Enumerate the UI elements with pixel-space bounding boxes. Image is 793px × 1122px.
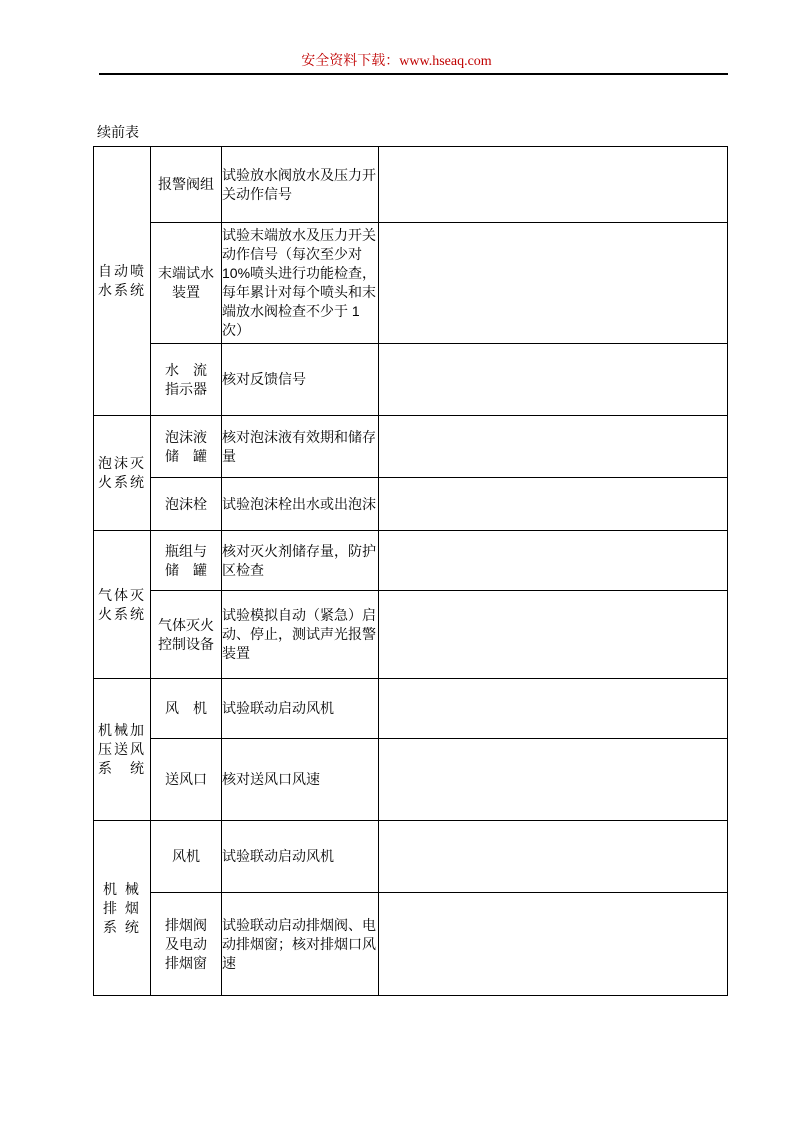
- component-cell: 报警阀组: [151, 147, 222, 223]
- inspection-table: 自动喷 水系统 报警阀组 试验放水阀放水及压力开关动作信号 末端试水 装置 试验…: [93, 146, 728, 996]
- system-cell: 机械加 压送风 系 统: [94, 679, 151, 821]
- result-cell: [379, 591, 728, 679]
- table-row: 排烟阀 及电动 排烟窗 试验联动启动排烟阀、电动排烟窗；核对排烟口风速: [94, 893, 728, 996]
- component-cell: 泡沫液 储 罐: [151, 416, 222, 478]
- result-cell: [379, 344, 728, 416]
- table-row: 机 械 排 烟 系 统 风机 试验联动启动风机: [94, 821, 728, 893]
- component-cell: 末端试水 装置: [151, 223, 222, 344]
- result-cell: [379, 478, 728, 531]
- result-cell: [379, 821, 728, 893]
- result-cell: [379, 531, 728, 591]
- header-download-label: 安全资料下载：: [301, 54, 399, 69]
- table-row: 泡沫栓 试验泡沫栓出水或出泡沫: [94, 478, 728, 531]
- result-cell: [379, 739, 728, 821]
- result-cell: [379, 893, 728, 996]
- component-cell: 风 机: [151, 679, 222, 739]
- component-cell: 气体灭火 控制设备: [151, 591, 222, 679]
- test-cell: 试验泡沫栓出水或出泡沫: [222, 478, 379, 531]
- table-row: 气体灭火 控制设备 试验模拟自动（紧急）启动、停止，测试声光报警装置: [94, 591, 728, 679]
- component-cell: 瓶组与 储 罐: [151, 531, 222, 591]
- test-cell: 试验联动启动风机: [222, 679, 379, 739]
- result-cell: [379, 147, 728, 223]
- table-row: 气体灭 火系统 瓶组与 储 罐 核对灭火剂储存量，防护区检查: [94, 531, 728, 591]
- test-cell: 试验末端放水及压力开关动作信号（每次至少对 10%喷头进行功能检查，每年累计对每…: [222, 223, 379, 344]
- test-cell: 核对送风口风速: [222, 739, 379, 821]
- table-row: 机械加 压送风 系 统 风 机 试验联动启动风机: [94, 679, 728, 739]
- test-cell: 试验放水阀放水及压力开关动作信号: [222, 147, 379, 223]
- system-cell: 机 械 排 烟 系 统: [94, 821, 151, 996]
- test-cell: 试验联动启动排烟阀、电动排烟窗；核对排烟口风速: [222, 893, 379, 996]
- component-cell: 风机: [151, 821, 222, 893]
- component-cell: 送风口: [151, 739, 222, 821]
- component-cell: 泡沫栓: [151, 478, 222, 531]
- table-row: 水 流 指示器 核对反馈信号: [94, 344, 728, 416]
- table-row: 送风口 核对送风口风速: [94, 739, 728, 821]
- system-cell: 自动喷 水系统: [94, 147, 151, 416]
- table-row: 末端试水 装置 试验末端放水及压力开关动作信号（每次至少对 10%喷头进行功能检…: [94, 223, 728, 344]
- page-header: 安全资料下载：www.hseaq.com: [0, 50, 793, 70]
- system-cell: 气体灭 火系统: [94, 531, 151, 679]
- test-cell: 核对反馈信号: [222, 344, 379, 416]
- result-cell: [379, 416, 728, 478]
- test-cell: 核对灭火剂储存量，防护区检查: [222, 531, 379, 591]
- component-cell: 水 流 指示器: [151, 344, 222, 416]
- test-cell: 试验联动启动风机: [222, 821, 379, 893]
- test-cell: 试验模拟自动（紧急）启动、停止，测试声光报警装置: [222, 591, 379, 679]
- test-cell: 核对泡沫液有效期和储存量: [222, 416, 379, 478]
- header-url: www.hseaq.com: [399, 54, 491, 69]
- table-caption: 续前表: [97, 123, 139, 142]
- result-cell: [379, 223, 728, 344]
- system-cell: 泡沫灭 火系统: [94, 416, 151, 531]
- header-rule: [99, 73, 728, 75]
- document-page: 安全资料下载：www.hseaq.com 续前表 自动喷 水系统 报警阀组 试验…: [0, 0, 793, 1122]
- result-cell: [379, 679, 728, 739]
- component-cell: 排烟阀 及电动 排烟窗: [151, 893, 222, 996]
- table-row: 泡沫灭 火系统 泡沫液 储 罐 核对泡沫液有效期和储存量: [94, 416, 728, 478]
- table-row: 自动喷 水系统 报警阀组 试验放水阀放水及压力开关动作信号: [94, 147, 728, 223]
